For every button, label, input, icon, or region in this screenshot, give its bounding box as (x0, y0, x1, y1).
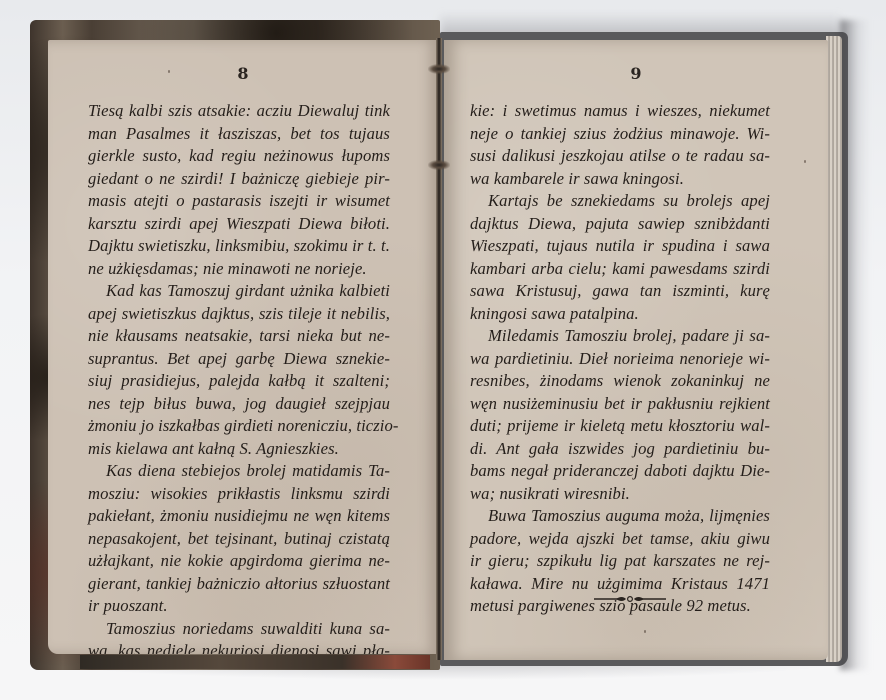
text-line: neje o tankiej szius żodżius minawoje. W… (470, 123, 770, 146)
text-line: Wieszpati, tujaus nutila ir spudina i sa… (470, 235, 770, 258)
text-line: pakiełant, żmoniu nusidiejmu ne węn kite… (88, 505, 390, 528)
text-line: gierant, tankiej bażniczio ałtorius szłu… (88, 573, 390, 596)
text-line: bams negał prideranczej daboti dajktu Di… (470, 460, 770, 483)
text-line: kningosi sawa patalpina. (470, 303, 770, 326)
text-line: ir gieru; szpikułu lig pat karszates ne … (470, 550, 770, 573)
paper-speck (168, 70, 170, 73)
text-line: Tamoszius noriedams suwalditi kuna sa- (88, 618, 390, 641)
page-stack-edge (826, 36, 842, 662)
text-line: man Pasalmes it łasziszas, bet tos tujau… (88, 123, 390, 146)
page-number-right: 9 (444, 64, 828, 83)
decorative-rule-ornament (594, 594, 666, 604)
text-line: masis atejti o pastarasis iszejti ir wis… (88, 190, 390, 213)
binding-stitch (428, 160, 450, 170)
text-line: Kartajs be sznekiedams su brolejs apej (470, 190, 770, 213)
text-line: węn nusiżeminusiu bet ir pakłusniu rejki… (470, 393, 770, 416)
text-line: sawa Kristusuj, gawa tan iszminti, kurę (470, 280, 770, 303)
text-line: ir puoszant. (88, 595, 390, 618)
text-line: mosziu: wisokies prikłastis linksmu szir… (88, 483, 390, 506)
text-line: giedant o ne szirdi! I bażniczę giebieje… (88, 168, 390, 191)
left-page-text: Tiesą kalbi szis atsakie: acziu Diewaluj… (88, 100, 390, 654)
text-line: suprantus. Bet apej garbę Diewa sznekie- (88, 348, 390, 371)
page-number-left: 8 (48, 64, 438, 83)
book-shadow-right (840, 20, 870, 670)
text-line: di. Ant gała iszwides jog pardietiniu bu… (470, 438, 770, 461)
paper-speck (348, 630, 350, 633)
text-line: wa pardietiniu. Dieł norieima nenorieje … (470, 348, 770, 371)
text-line: wa; nusikrati wiresnibi. (470, 483, 770, 506)
text-line: gierkle susto, kad regiu neżinowus łupom… (88, 145, 390, 168)
text-line: siuj prasidiejus, palejda kałbą it szalt… (88, 370, 390, 393)
book-spine-gutter (436, 38, 442, 660)
text-line: resnibes, żinodams wienok zokaninkuj ne (470, 370, 770, 393)
text-line: mis kielawa ant kałną S. Agnieszkies. (88, 438, 390, 461)
paper-speck (644, 630, 646, 633)
text-line: wa, kas nediele nekuriosi dienosi sawi p… (88, 640, 390, 654)
book-cover-bottom-edge (80, 655, 430, 669)
text-line: kie: i swetimus namus i wieszes, niekume… (470, 100, 770, 123)
text-line: Dajktu swietiszku, linksmibiu, szokimu i… (88, 235, 390, 258)
binding-stitch (428, 64, 450, 74)
text-line: Kas diena stebiejos brolej matidamis Ta- (88, 460, 390, 483)
text-line: nepasakojent, bet tejsinant, butinaj czi… (88, 528, 390, 551)
text-line: padore, wejda ajszki bet tamse, akiu giw… (470, 528, 770, 551)
text-line: duti; prijeme ir kieletą metu kłosztoriu… (470, 415, 770, 438)
text-line: użłajkant, nie kokie apgirdoma gierima n… (88, 550, 390, 573)
text-line: Kad kas Tamoszuj girdant użnika kalbieti (88, 280, 390, 303)
text-line: Tiesą kalbi szis atsakie: acziu Diewaluj… (88, 100, 390, 123)
right-page: 9 kie: i swetimus namus i wieszes, nieku… (444, 40, 828, 660)
text-line: apej swietiszkus dajktus, szis tileje it… (88, 303, 390, 326)
text-line: Buwa Tamoszius auguma moża, lijmęnies (470, 505, 770, 528)
text-line: kaława. Mire nu użgimima Kristaus 1471 (470, 573, 770, 596)
text-line: susi dalikusi jeszkojau atilse o te rada… (470, 145, 770, 168)
paper-speck (804, 160, 806, 163)
text-line: karsztu szirdi apej Wieszpati Diewa biło… (88, 213, 390, 236)
left-page: 8 Tiesą kalbi szis atsakie: acziu Diewal… (48, 40, 438, 654)
text-line: nie kłausams neatsakie, tarsi nieka but … (88, 325, 390, 348)
right-page-text: kie: i swetimus namus i wieszes, niekume… (470, 100, 770, 618)
text-line: ne użkięsdamas; nie minawoti ne norieje. (88, 258, 390, 281)
text-line: Miledamis Tamosziu brolej, padare ji sa- (470, 325, 770, 348)
text-line: wa kambarele ir sawa kningosi. (470, 168, 770, 191)
text-line: żmoniu jo iszkałbas girdieti norenicziu,… (88, 415, 390, 438)
text-line: nes tejp biłus buwa, jog daugieł szejpja… (88, 393, 390, 416)
text-line: dajktus Diewa, pajuta sawiep sznibżdanti (470, 213, 770, 236)
text-line: kambari arba cielu; kami pawesdams szird… (470, 258, 770, 281)
